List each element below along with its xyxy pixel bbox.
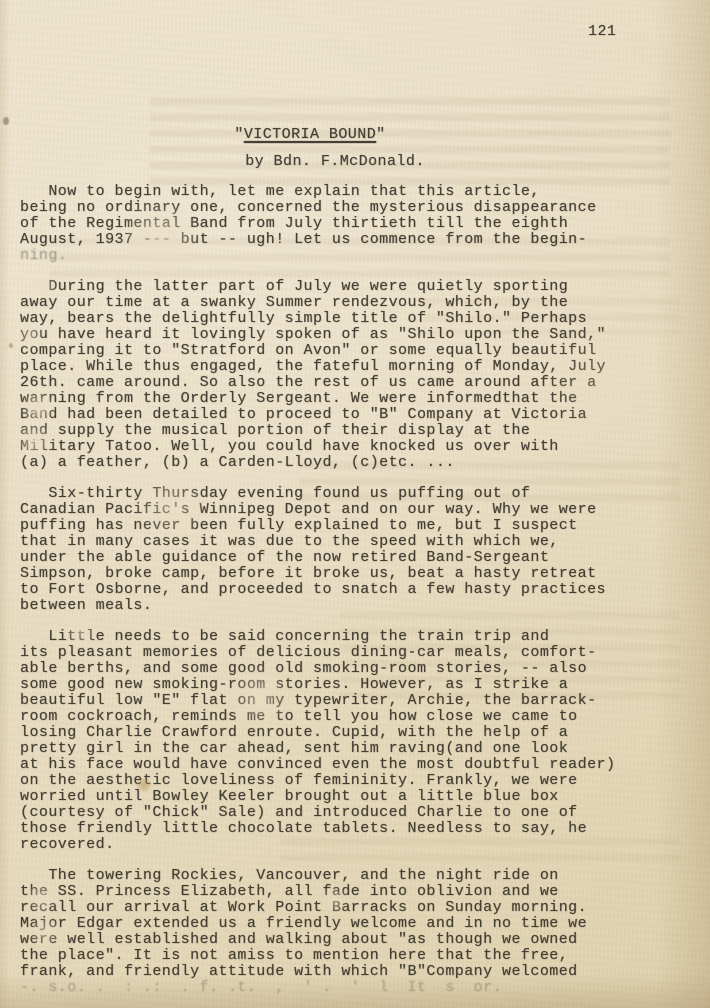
scanned-document-page: 121 "VICTORIA BOUND" by Bdn. F.McDonald.… — [0, 0, 710, 1008]
paragraph-3: Six-thirty Thursday evening found us puf… — [20, 486, 670, 614]
article-title-text: VICTORIA BOUND — [244, 126, 376, 143]
paper-speck — [9, 343, 13, 348]
paragraph-1: Now to begin with, let me explain that t… — [20, 184, 670, 248]
paragraph-5: The towering Rockies, Vancouver, and the… — [20, 868, 670, 980]
article-title: "VICTORIA BOUND" — [0, 127, 665, 143]
article-body: Now to begin with, let me explain that t… — [20, 184, 670, 996]
paragraph-2: During the latter part of July we were q… — [20, 279, 670, 471]
paragraph-1-faded-continuation: ning. — [20, 248, 670, 264]
article-byline: by Bdn. F.McDonald. — [0, 154, 690, 170]
paragraph-4: Little needs to be said concerning the t… — [20, 629, 670, 853]
paper-speck — [3, 117, 9, 125]
bottom-faded-line: -. s.o. . : .: . f. .t. , ' . ' l It s o… — [20, 980, 670, 996]
title-close-quote: " — [376, 126, 385, 143]
title-block: "VICTORIA BOUND" by Bdn. F.McDonald. — [0, 127, 710, 170]
title-open-quote: " — [234, 126, 243, 143]
page-number: 121 — [588, 24, 616, 40]
